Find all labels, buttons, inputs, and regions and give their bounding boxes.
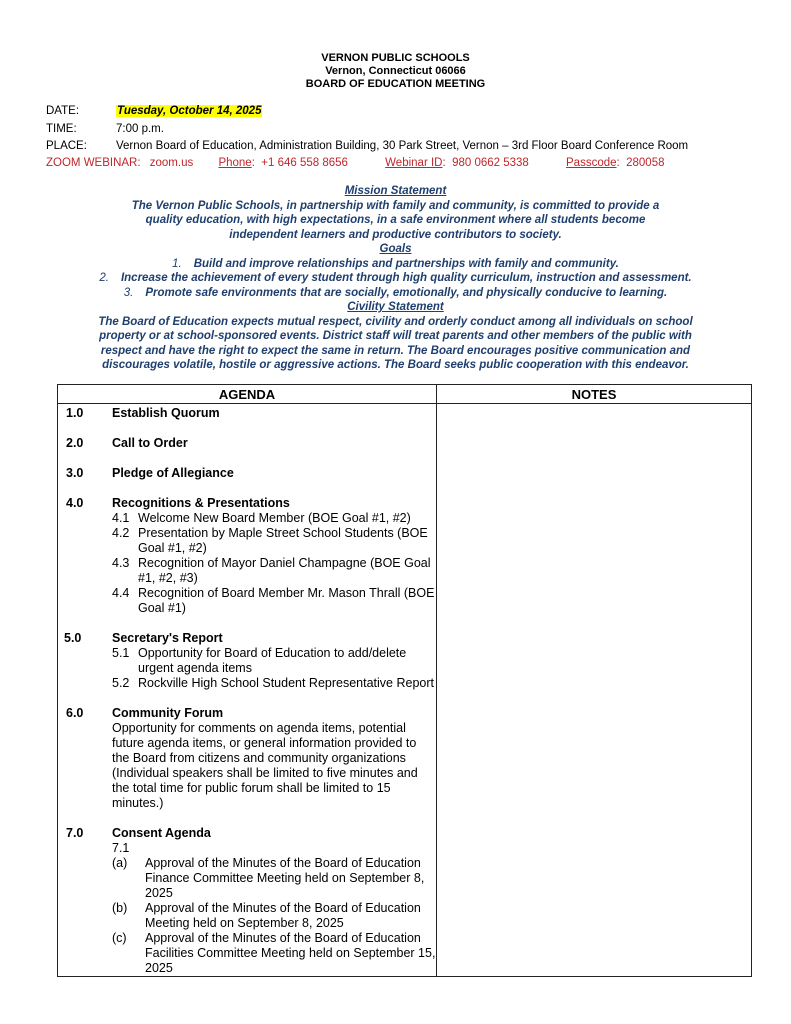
phone-label: Phone — [218, 157, 251, 169]
place-label: PLACE: — [46, 139, 116, 153]
agenda-item-7: 7.0Consent Agenda 7.1 (a)Approval of the… — [58, 826, 436, 976]
mission-line: The Vernon Public Schools, in partnershi… — [0, 199, 791, 214]
goal-item: 1.Build and improve relationships and pa… — [0, 257, 791, 272]
agenda-item-4: 4.0Recognitions & Presentations 4.1Welco… — [58, 496, 436, 616]
sub-item: 5.1Opportunity for Board of Education to… — [112, 646, 436, 676]
sub-item: 4.4Recognition of Board Member Mr. Mason… — [112, 586, 436, 616]
passcode-label: Passcode — [566, 157, 617, 169]
mission-line: independent learners and productive cont… — [0, 228, 791, 243]
date-label: DATE: — [46, 104, 116, 118]
zoom-row: ZOOM WEBINAR: zoom.us Phone: +1 646 558 … — [46, 156, 665, 170]
zoom-label: ZOOM WEBINAR: — [46, 157, 141, 169]
community-forum-text: Opportunity for comments on agenda items… — [112, 721, 436, 811]
place-row: PLACE:Vernon Board of Education, Adminis… — [46, 139, 688, 153]
civility-line: property or at school-sponsored events. … — [0, 329, 791, 344]
agenda-item-1: 1.0Establish Quorum — [58, 406, 436, 421]
consent-item: (b)Approval of the Minutes of the Board … — [112, 901, 436, 931]
sub-item: 4.3Recognition of Mayor Daniel Champagne… — [112, 556, 436, 586]
time-row: TIME:7:00 p.m. — [46, 122, 164, 136]
civility-title: Civility Statement — [0, 300, 791, 315]
sub-item-label: 7.1 — [112, 841, 436, 856]
sub-item: 5.2Rockville High School Student Represe… — [112, 676, 436, 691]
agenda-item-2: 2.0Call to Order — [58, 436, 436, 451]
consent-item: (a)Approval of the Minutes of the Board … — [112, 856, 436, 901]
org-location: Vernon, Connecticut 06066 — [0, 65, 791, 78]
agenda-item-6: 6.0Community Forum Opportunity for comme… — [58, 706, 436, 811]
zoom-link[interactable]: zoom.us — [150, 157, 193, 169]
civility-line: The Board of Education expects mutual re… — [0, 315, 791, 330]
phone-value: +1 646 558 8656 — [261, 157, 348, 169]
agenda-table: AGENDA NOTES 1.0Establish Quorum 2.0Call… — [57, 384, 752, 977]
consent-item: (c)Approval of the Minutes of the Board … — [112, 931, 436, 976]
webinar-id-label: Webinar ID — [385, 157, 442, 169]
sub-item: 4.2Presentation by Maple Street School S… — [112, 526, 436, 556]
agenda-item-3: 3.0Pledge of Allegiance — [58, 466, 436, 481]
place-value: Vernon Board of Education, Administratio… — [116, 140, 688, 152]
goal-item: 2.Increase the achievement of every stud… — [0, 271, 791, 286]
webinar-id-value: 980 0662 5338 — [452, 157, 529, 169]
goal-item: 3.Promote safe environments that are soc… — [0, 286, 791, 301]
civility-line: respect and have the right to expect the… — [0, 344, 791, 359]
time-value: 7:00 p.m. — [116, 123, 164, 135]
time-label: TIME: — [46, 122, 116, 136]
notes-header: NOTES — [437, 385, 752, 404]
agenda-item-5: 5.0Secretary's Report 5.1Opportunity for… — [58, 631, 436, 691]
agenda-header: AGENDA — [58, 385, 437, 404]
agenda-cell: 1.0Establish Quorum 2.0Call to Order 3.0… — [58, 404, 437, 977]
date-row: DATE:Tuesday, October 14, 2025 — [46, 104, 262, 118]
meeting-title: BOARD OF EDUCATION MEETING — [0, 78, 791, 91]
sub-item: 4.1Welcome New Board Member (BOE Goal #1… — [112, 511, 436, 526]
mission-statement: Mission Statement The Vernon Public Scho… — [0, 184, 791, 373]
mission-line: quality education, with high expectation… — [0, 213, 791, 228]
date-value: Tuesday, October 14, 2025 — [116, 105, 262, 117]
mission-title: Mission Statement — [0, 184, 791, 199]
civility-line: discourages volatile, hostile or aggress… — [0, 358, 791, 373]
passcode-value: 280058 — [626, 157, 664, 169]
org-name: VERNON PUBLIC SCHOOLS — [0, 52, 791, 65]
goals-title: Goals — [0, 242, 791, 257]
notes-cell[interactable] — [437, 404, 752, 977]
